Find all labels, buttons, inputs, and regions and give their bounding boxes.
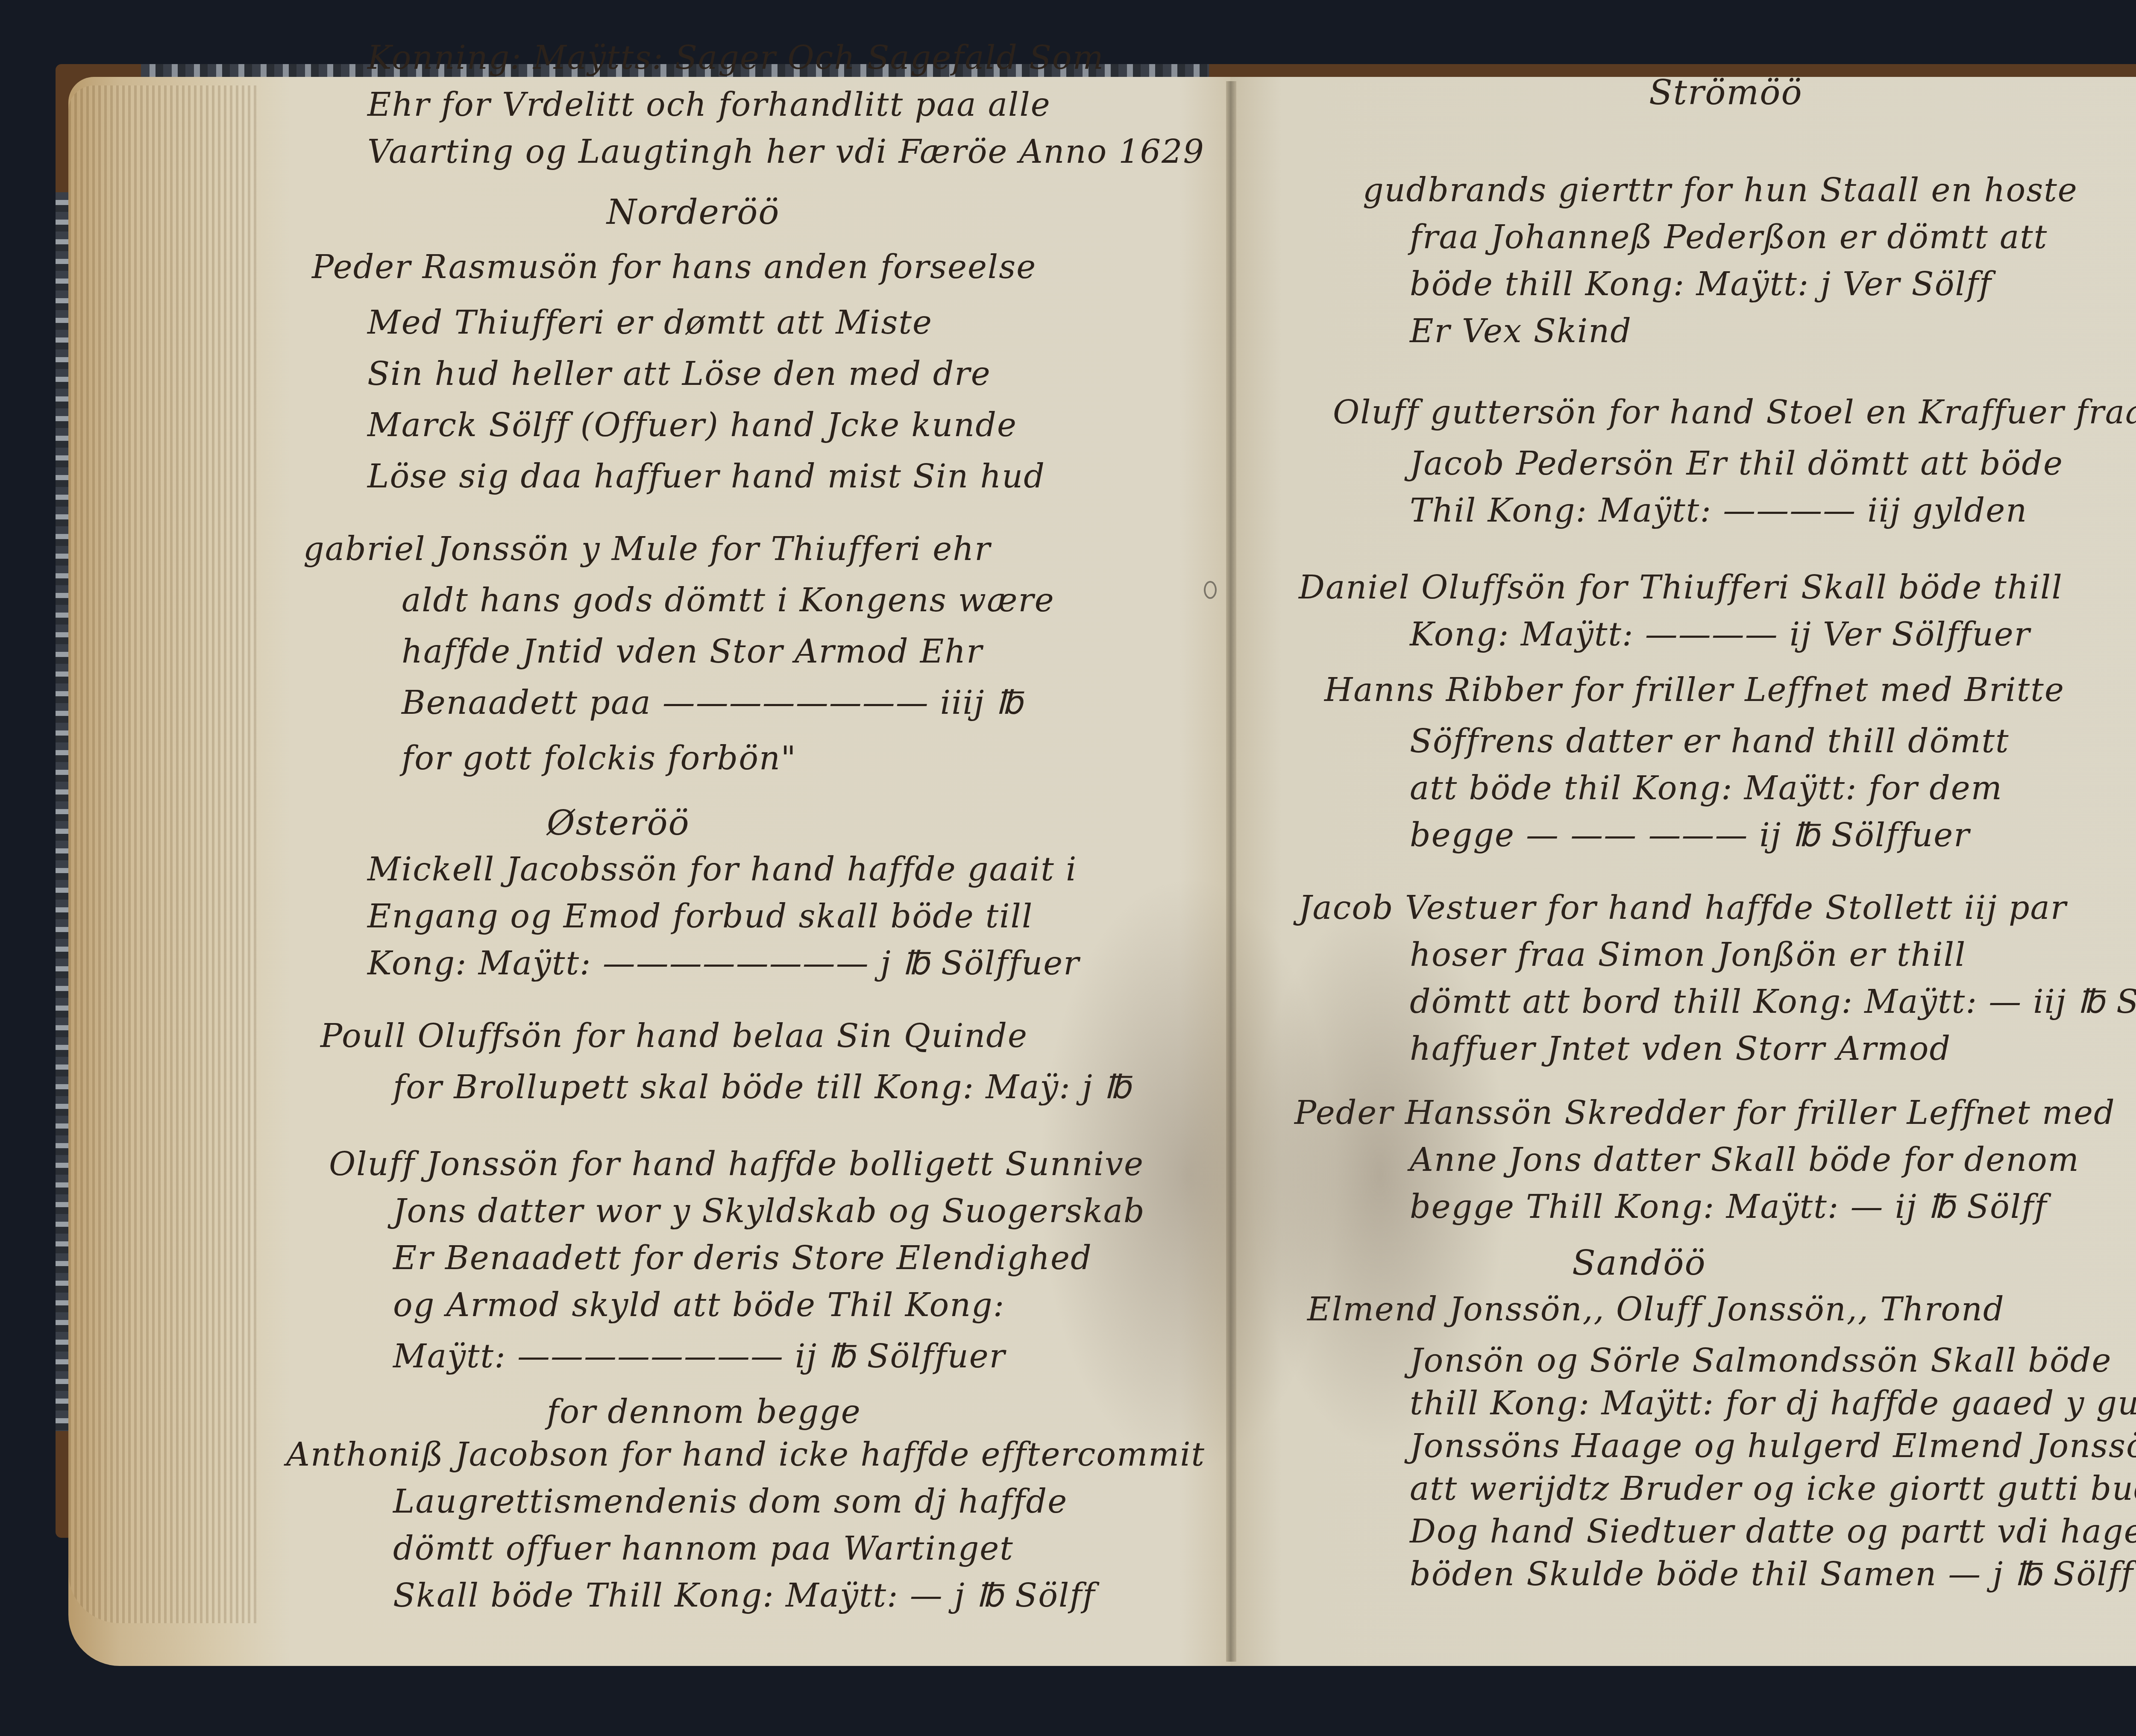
manuscript-line: Kong: Maÿtt: ———————— j ℔ Sölffuer <box>367 944 1080 982</box>
left-fore-edge <box>68 85 256 1623</box>
manuscript-line: Engang og Emod forbud skall böde till <box>367 897 1033 935</box>
manuscript-line: thill Kong: Maÿtt: for dj haffde gaaed y… <box>1410 1384 2136 1422</box>
manuscript-line: gabriel Jonssön y Mule for Thiufferi ehr <box>303 530 991 568</box>
manuscript-line: Jonsön og Sörle Salmondssön Skall böde <box>1410 1341 2112 1379</box>
manuscript-line: for Brollupett skal böde till Kong: Maÿ:… <box>393 1068 1132 1106</box>
manuscript-line: Er Vex Skind <box>1410 312 1632 350</box>
manuscript-line: Maÿtt: ———————— ij ℔ Sölffuer <box>393 1337 1006 1375</box>
manuscript-line: att böde thil Kong: Maÿtt: for dem <box>1410 769 2003 807</box>
manuscript-line: Laugrettismendenis dom som dj haffde <box>393 1482 1068 1520</box>
manuscript-line: Jonssöns Haage og hulgerd Elmend Jonssön <box>1410 1427 2136 1465</box>
manuscript-line: Daniel Oluffsön for Thiufferi Skall böde… <box>1299 568 2063 606</box>
section-heading: Østeröö <box>547 803 690 843</box>
manuscript-line: fraa Johanneß Pederßon er dömtt att <box>1410 218 2048 256</box>
manuscript-line: Löse sig daa haffuer hand mist Sin hud <box>367 457 1045 495</box>
section-heading: Strömöö <box>1649 73 1803 112</box>
manuscript-line: Konning: Maÿtts: Sager Och Sagefald Som <box>367 38 1104 76</box>
manuscript-line: gudbrands gierttr for hun Staall en host… <box>1363 171 2078 209</box>
manuscript-line: Oluff guttersön for hand Stoel en Kraffu… <box>1333 393 2136 431</box>
manuscript-line: böden Skulde böde thil Samen — j ℔ Sölff <box>1410 1555 2134 1593</box>
section-heading: Norderöö <box>607 192 780 232</box>
manuscript-line: dömtt att bord thill Kong: Maÿtt: — iij … <box>1410 982 2136 1020</box>
manuscript-line: Sin hud heller att Löse den med dre <box>367 355 991 393</box>
manuscript-line: Marck Sölff (Offuer) hand Jcke kunde <box>367 406 1017 444</box>
manuscript-line: for gott folckis forbön" <box>402 739 797 777</box>
manuscript-line: Poull Oluffsön for hand belaa Sin Quinde <box>320 1017 1028 1055</box>
manuscript-line: Vaarting og Laugtingh her vdi Færöe Anno… <box>367 132 1205 170</box>
binding-hole <box>1204 581 1217 599</box>
section-heading: Sandöö <box>1572 1243 1706 1283</box>
manuscript-line: Ehr for Vrdelitt och forhandlitt paa all… <box>367 85 1051 123</box>
manuscript-line: haffde Jntid vden Stor Armod Ehr <box>402 632 983 670</box>
manuscript-line: Jons datter wor y Skyldskab og Suogerska… <box>393 1192 1145 1230</box>
manuscript-line: att werijdtz Bruder og icke giortt gutti… <box>1410 1469 2136 1507</box>
manuscript-line: og Armod skyld att böde Thil Kong: <box>393 1286 1005 1324</box>
manuscript-line: Oluff Jonssön for hand haffde bolligett … <box>329 1145 1144 1183</box>
manuscript-line: Anthoniß Jacobson for hand icke haffde e… <box>286 1435 1205 1473</box>
manuscript-line: Mickell Jacobssön for hand haffde gaait … <box>367 850 1077 888</box>
manuscript-line: Benaadett paa ———————— iiij ℔ <box>402 683 1024 721</box>
manuscript-line: Peder Hanssön Skredder for friller Leffn… <box>1294 1094 2115 1132</box>
manuscript-line: Jacob Pedersön Er thil dömtt att böde <box>1410 444 2063 482</box>
manuscript-line: Er Benaadett for deris Store Elendighed <box>393 1239 1092 1277</box>
manuscript-line: Thil Kong: Maÿtt: ———— iij gylden <box>1410 491 2027 529</box>
manuscript-line: Anne Jons datter Skall böde for denom <box>1410 1141 2080 1179</box>
manuscript-line: begge — —— ——— ij ℔ Sölffuer <box>1410 816 1970 854</box>
manuscript-line: Dog hand Siedtuer datte og partt vdi hag… <box>1410 1512 2136 1550</box>
manuscript-line: dömtt offuer hannom paa Wartinget <box>393 1529 1014 1567</box>
manuscript-line: Med Thiufferi er dømtt att Miste <box>367 303 933 341</box>
manuscript-line: aldt hans gods dömtt i Kongens wære <box>402 581 1055 619</box>
manuscript-line: Söffrens datter er hand thill dömtt <box>1410 722 2010 760</box>
manuscript-line: Elmend Jonssön,, Oluff Jonssön,, Thrond <box>1307 1290 2005 1328</box>
manuscript-line: Hanns Ribber for friller Leffnet med Bri… <box>1324 671 2065 709</box>
manuscript-line: haffuer Jntet vden Storr Armod <box>1410 1029 1951 1067</box>
manuscript-line: böde thill Kong: Maÿtt: j Ver Sölff <box>1410 265 1992 303</box>
manuscript-line: Peder Rasmusön for hans anden forseelse <box>312 248 1036 286</box>
manuscript-line: Skall böde Thill Kong: Maÿtt: — j ℔ Sölf… <box>393 1576 1095 1614</box>
manuscript-line: Jacob Vestuer for hand haffde Stollett i… <box>1299 889 2067 927</box>
manuscript-line: hoser fraa Simon Jonßön er thill <box>1410 935 1966 974</box>
manuscript-line: for dennom begge <box>547 1393 861 1431</box>
manuscript-line: begge Thill Kong: Maÿtt: — ij ℔ Sölff <box>1410 1188 2047 1226</box>
manuscript-line: Kong: Maÿtt: ———— ij Ver Sölffuer <box>1410 615 2030 653</box>
